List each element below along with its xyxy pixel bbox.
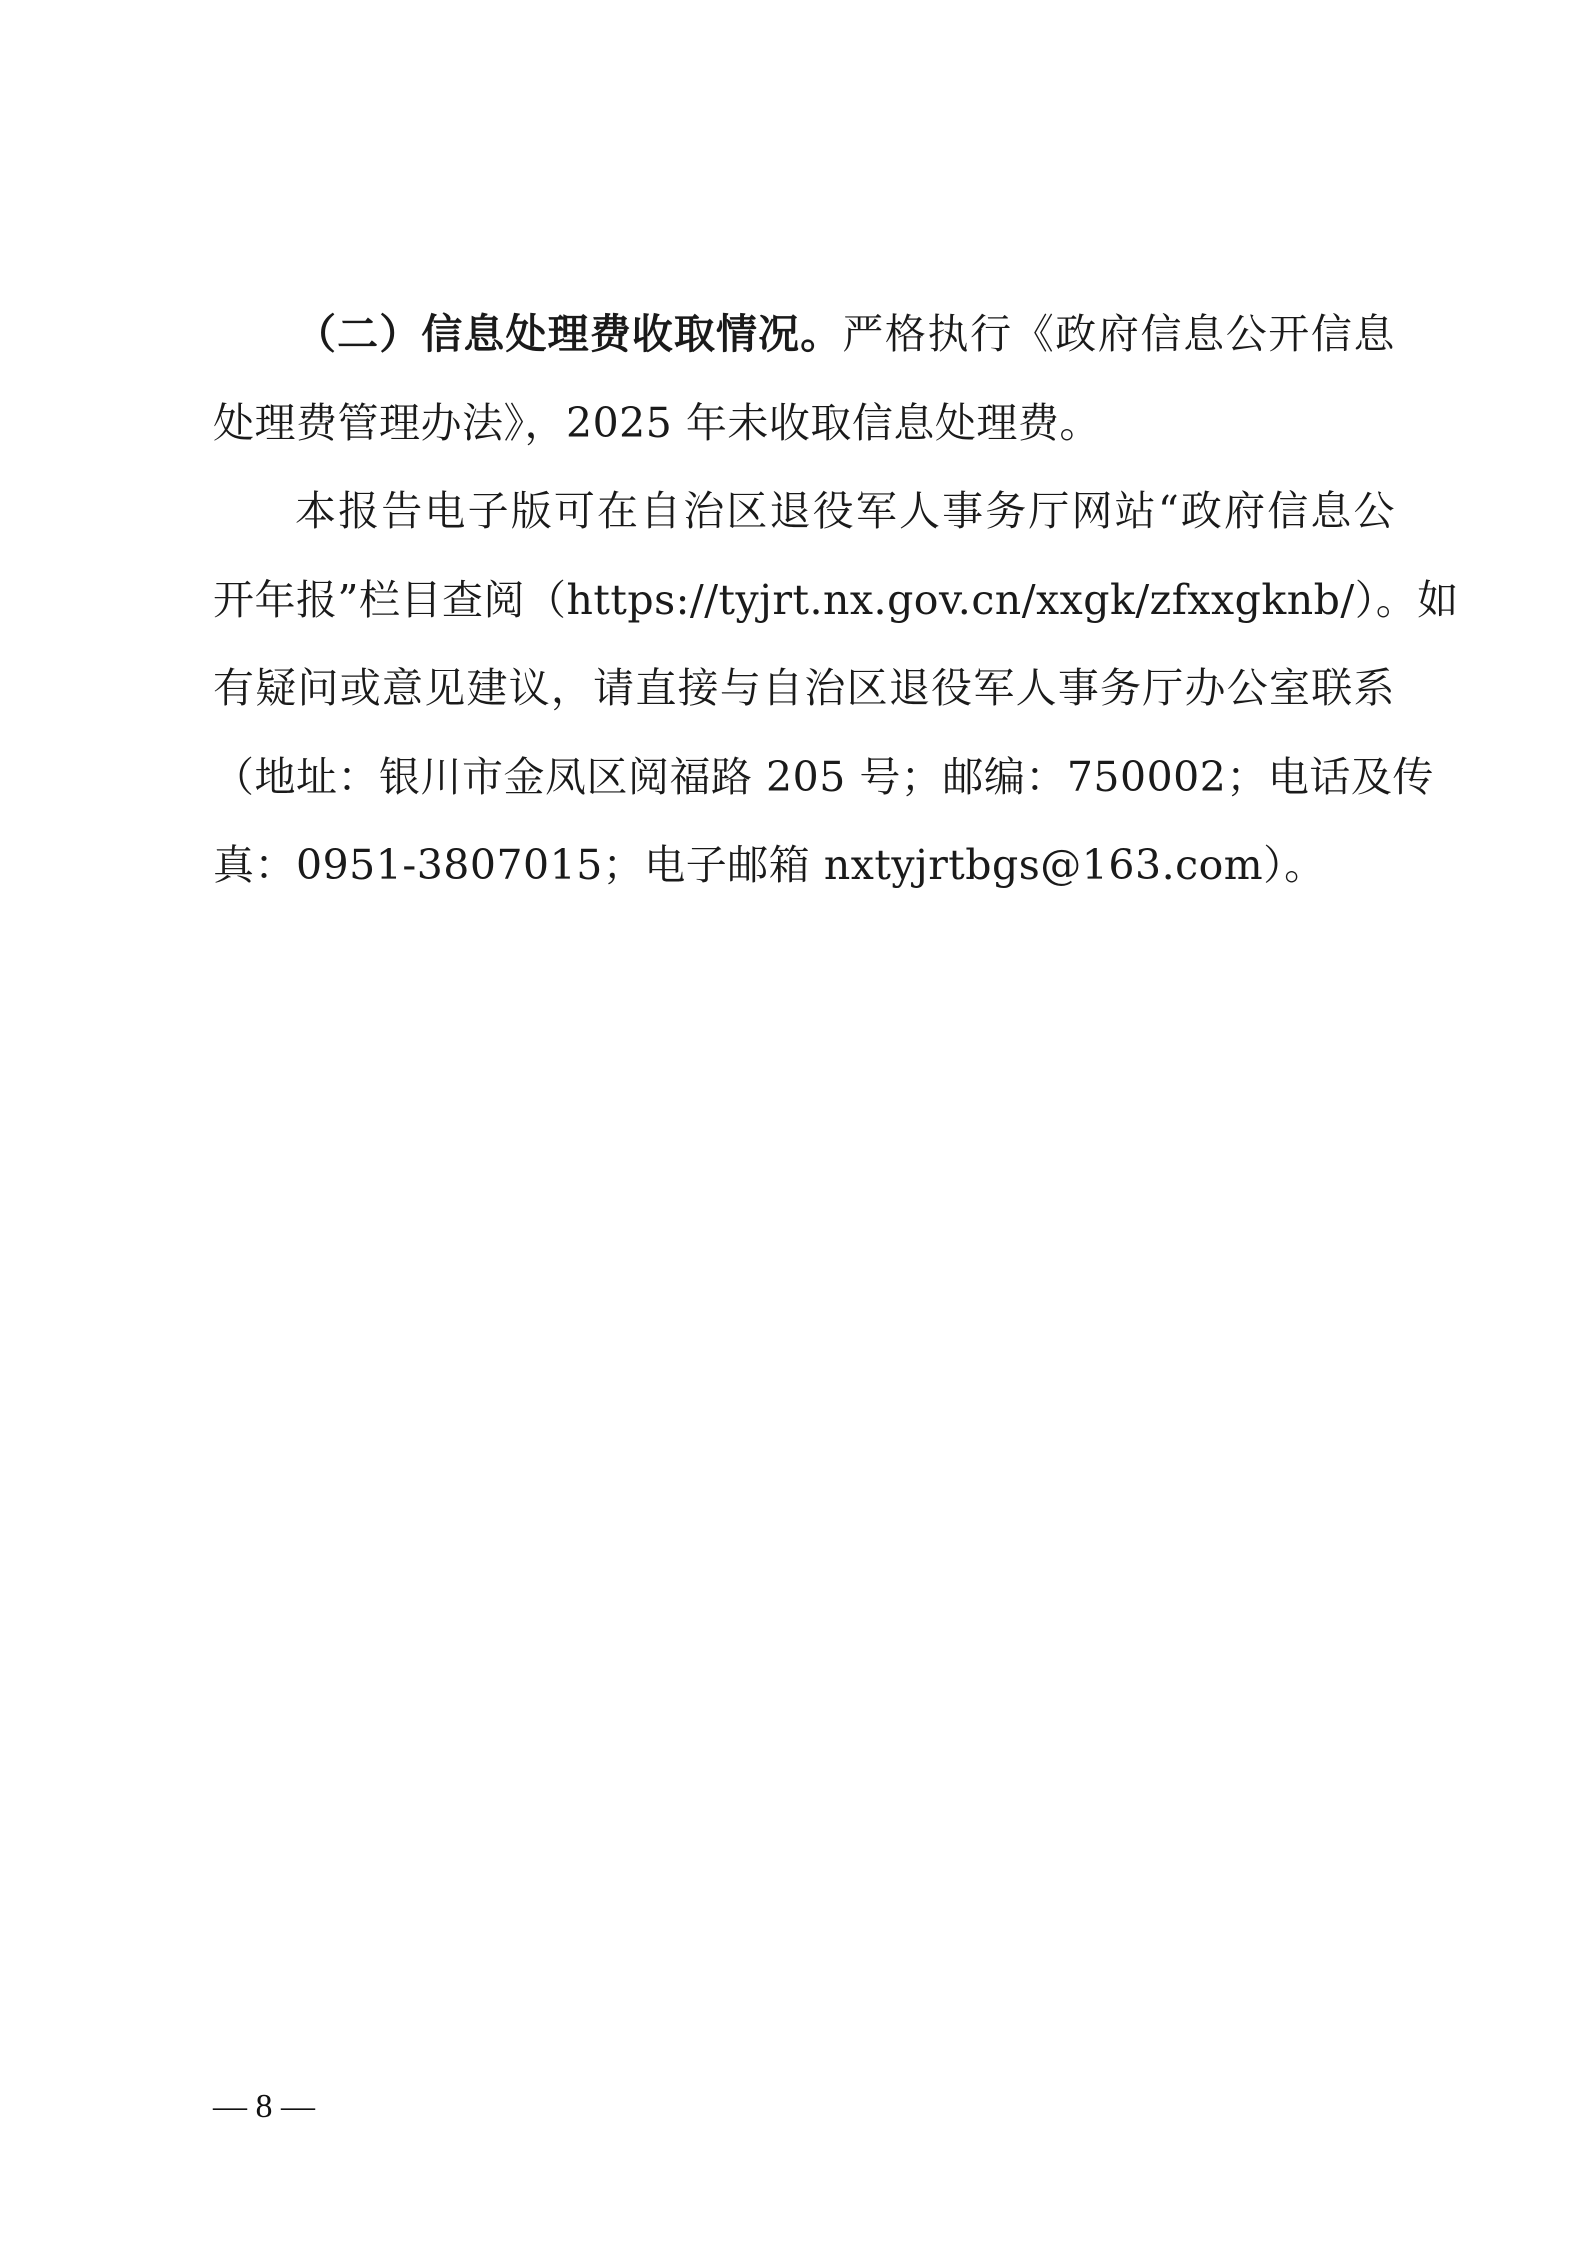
paragraph-2-line-5: 真：0951-3807015；电子邮箱 nxtyjrtbgs@163.com）。 [213,821,1395,910]
paragraph-1-line-1: （二）信息处理费收取情况。严格执行《政府信息公开信息 [213,290,1395,379]
paragraph-1-line-2: 处理费管理办法》，2025 年未收取信息处理费。 [213,379,1395,468]
paragraph-2-line-2: 开年报”栏目查阅（https://tyjrt.nx.gov.cn/xxgk/zf… [213,556,1395,645]
paragraph-2-line-1: 本报告电子版可在自治区退役军人事务厅网站“政府信息公 [213,467,1395,556]
document-body: （二）信息处理费收取情况。严格执行《政府信息公开信息 处理费管理办法》，2025… [213,290,1395,910]
paragraph-2-line-4: （地址：银川市金凤区阅福路 205 号；邮编：750002；电话及传 [213,733,1395,822]
paragraph-2-line-3: 有疑问或意见建议，请直接与自治区退役军人事务厅办公室联系 [213,644,1395,733]
document-page: （二）信息处理费收取情况。严格执行《政府信息公开信息 处理费管理办法》，2025… [0,0,1587,2245]
section-heading: （二）信息处理费收取情况。 [295,310,842,358]
paragraph-1-text: 严格执行《政府信息公开信息 [842,310,1395,358]
page-number: — 8 — [213,2088,315,2126]
